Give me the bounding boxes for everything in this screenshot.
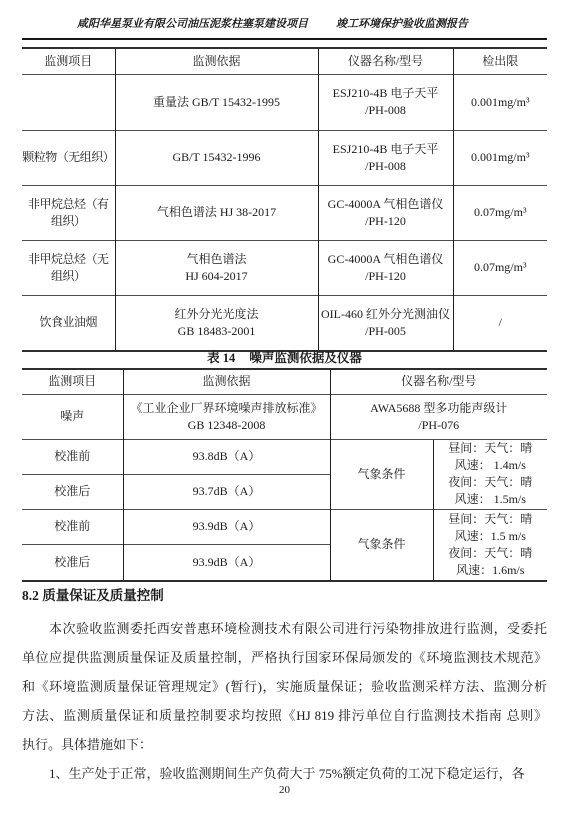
column-header-limit: 检出限 — [453, 48, 547, 74]
limit-cell: 0.001mg/m³ — [453, 130, 547, 185]
header-rule — [22, 38, 547, 40]
item-cell: 噪声 — [22, 394, 123, 439]
item-cell: 非甲烷总烃（有 组织） — [22, 185, 115, 240]
column-header-item: 监测项目 — [22, 48, 115, 74]
basis-cell: GB/T 15432-1996 — [115, 130, 318, 185]
limit-cell: 0.07mg/m³ — [453, 240, 547, 295]
limit-cell: 0.001mg/m³ — [453, 74, 547, 130]
body-text-line: 执行。具体措施如下： — [22, 730, 547, 759]
instrument-cell: GC-4000A 气相色谱仪 /PH-120 — [318, 240, 453, 295]
calibration-value-cell: 93.9dB（A） — [123, 509, 330, 544]
calibration-label-cell: 校准后 — [22, 544, 123, 581]
table-row: 重量法 GB/T 15432-1995 ESJ210-4B 电子天平 /PH-0… — [22, 74, 547, 130]
header-doc-title: 竣工环境保护验收监测报告 — [336, 15, 468, 31]
limit-cell: 0.07mg/m³ — [453, 185, 547, 240]
weather-label-cell: 气象条件 — [330, 439, 433, 509]
instrument-cell: ESJ210-4B 电子天平 /PH-008 — [318, 130, 453, 185]
instrument-cell: ESJ210-4B 电子天平 /PH-008 — [318, 74, 453, 130]
table-row: 非甲烷总烃（无 组织） 气相色谱法 HJ 604-2017 GC-4000A 气… — [22, 240, 547, 295]
header-project-title: 咸阳华星泵业有限公司油压泥浆柱塞泵建设项目 — [77, 15, 308, 31]
item-cell: 颗粒物（无组织） — [22, 130, 115, 185]
basis-cell: 气相色谱法 HJ 604-2017 — [115, 240, 318, 295]
column-header-instrument: 仪器名称/型号 — [318, 48, 453, 74]
table-header-row: 监测项目 监测依据 仪器名称/型号 检出限 — [22, 48, 547, 74]
page-running-header: 咸阳华星泵业有限公司油压泥浆柱塞泵建设项目 竣工环境保护验收监测报告 — [10, 15, 535, 31]
column-header-basis: 监测依据 — [123, 369, 330, 394]
weather-detail-cell: 昼间：天气：晴 风速：1.5 m/s 夜间：天气：晴 风速：1.6m/s — [433, 509, 547, 581]
body-text-line: 和《环境监测质量保证管理规定》(暂行)，实施质量保证；验收监测采样方法、监测分析 — [22, 672, 547, 701]
table-row: 非甲烷总烃（有 组织） 气相色谱法 HJ 38-2017 GC-4000A 气相… — [22, 185, 547, 240]
item-cell: 饮食业油烟 — [22, 295, 115, 351]
body-text-line: 本次验收监测委托西安普惠环境检测技术有限公司进行污染物排放进行监测，受委托 — [22, 614, 547, 643]
calibration-value-cell: 93.8dB（A） — [123, 439, 330, 474]
instrument-cell: GC-4000A 气相色谱仪 /PH-120 — [318, 185, 453, 240]
calibration-value-cell: 93.9dB（A） — [123, 544, 330, 581]
instrument-cell: AWA5688 型多功能声级计 /PH-076 — [330, 394, 547, 439]
table14-caption-title: 噪声监测依据及仪器 — [249, 351, 362, 365]
calibration-value-cell: 93.7dB（A） — [123, 474, 330, 509]
weather-label-cell: 气象条件 — [330, 509, 433, 581]
noise-row: 噪声 《工业企业厂界环境噪声排放标准》 GB 12348-2008 AWA568… — [22, 394, 547, 439]
table-row: 饮食业油烟 红外分光光度法 GB 18483-2001 OIL-460 红外分光… — [22, 295, 547, 351]
limit-cell: / — [453, 295, 547, 351]
page-number: 20 — [0, 784, 569, 797]
table14-caption: 表 14噪声监测依据及仪器 — [22, 350, 547, 366]
report-page: 咸阳华星泵业有限公司油压泥浆柱塞泵建设项目 竣工环境保护验收监测报告 监测项目 … — [0, 0, 569, 814]
item-cell: 非甲烷总烃（无 组织） — [22, 240, 115, 295]
body-text-line: 方法、监测质量保证和质量控制要求均按照《HJ 819 排污单位自行监测技术指南 … — [22, 701, 547, 730]
body-text-line: 单位应提供监测质量保证及质量控制，严格执行国家环保局颁发的《环境监测技术规范》 — [22, 643, 547, 672]
basis-cell: 红外分光光度法 GB 18483-2001 — [115, 295, 318, 351]
basis-cell: 《工业企业厂界环境噪声排放标准》 GB 12348-2008 — [123, 394, 330, 439]
column-header-instrument: 仪器名称/型号 — [330, 369, 547, 394]
basis-cell: 重量法 GB/T 15432-1995 — [115, 74, 318, 130]
column-header-basis: 监测依据 — [115, 48, 318, 74]
calibration-label-cell: 校准前 — [22, 439, 123, 474]
calibration-label-cell: 校准后 — [22, 474, 123, 509]
basis-cell: 气相色谱法 HJ 38-2017 — [115, 185, 318, 240]
section-heading: 8.2 质量保证及质量控制 — [22, 587, 164, 605]
column-header-item: 监测项目 — [22, 369, 123, 394]
weather-detail-cell: 昼间：天气：晴 风速： 1.4m/s 夜间：天气：晴 风速： 1.5m/s — [433, 439, 547, 509]
noise-monitoring-table: 监测项目 监测依据 仪器名称/型号 噪声 《工业企业厂界环境噪声排放标准》 GB… — [22, 368, 547, 582]
table-row: 颗粒物（无组织） GB/T 15432-1996 ESJ210-4B 电子天平 … — [22, 130, 547, 185]
instrument-cell: OIL-460 红外分光测油仪 /PH-005 — [318, 295, 453, 351]
calibration-row: 校准前 93.9dB（A） 气象条件 昼间：天气：晴 风速：1.5 m/s 夜间… — [22, 509, 547, 544]
calibration-label-cell: 校准前 — [22, 509, 123, 544]
table-header-row: 监测项目 监测依据 仪器名称/型号 — [22, 369, 547, 394]
calibration-row: 校准前 93.8dB（A） 气象条件 昼间：天气：晴 风速： 1.4m/s 夜间… — [22, 439, 547, 474]
monitoring-basis-table: 监测项目 监测依据 仪器名称/型号 检出限 重量法 GB/T 15432-199… — [22, 47, 547, 352]
table14-caption-label: 表 14 — [207, 351, 235, 365]
section-body: 本次验收监测委托西安普惠环境检测技术有限公司进行污染物排放进行监测，受委托 单位… — [22, 614, 547, 788]
item-cell — [22, 74, 115, 130]
